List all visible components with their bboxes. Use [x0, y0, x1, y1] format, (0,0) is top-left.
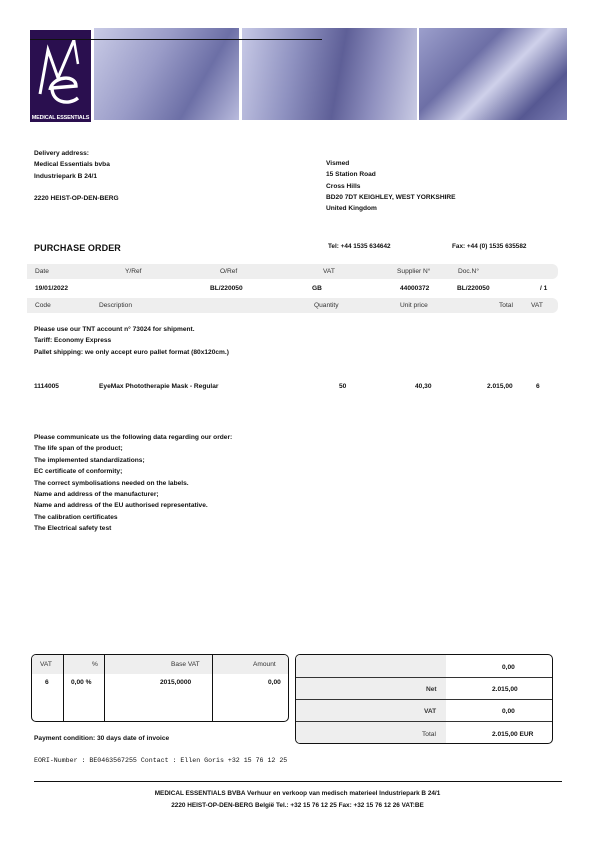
vat-col-amount: Amount — [253, 661, 276, 668]
communication-note: EC certificate of conformity; — [34, 466, 232, 477]
vendor-address-line: Vismed — [326, 158, 456, 169]
document-title: PURCHASE ORDER — [34, 243, 121, 253]
col-quantity: Quantity — [314, 302, 339, 309]
delivery-address-label: Delivery address: — [34, 148, 119, 159]
shipping-notes: Please use our TNT account n° 73024 for … — [34, 324, 229, 358]
vendor-address-line: Cross Hills — [326, 181, 456, 192]
col-total: Total — [499, 302, 513, 309]
net-value: 2.015,00 — [492, 686, 518, 693]
logo-text: MEDICAL ESSENTIALS — [30, 115, 91, 121]
communication-note: The implemented standardizations; — [34, 455, 232, 466]
delivery-address-line: 2220 HEIST-OP-DEN-BERG — [34, 193, 119, 204]
column-divider — [212, 655, 213, 721]
header-table-row: 19/01/2022 BL/220050 GB 44000372 BL/2200… — [27, 285, 558, 295]
delivery-address: Delivery address: Medical Essentials bvb… — [34, 148, 119, 204]
communication-note: Name and address of the manufacturer; — [34, 489, 232, 500]
vat-col-vat: VAT — [40, 661, 52, 668]
col-date: Date — [35, 268, 49, 275]
vendor-address-line: 15 Station Road — [326, 169, 456, 180]
col-line-vat: VAT — [531, 302, 543, 309]
shipping-note: Please use our TNT account n° 73024 for … — [34, 324, 229, 335]
vendor-address: Vismed 15 Station Road Cross Hills BD20 … — [326, 158, 456, 214]
eori-contact-line: EORI-Number : BE0463567255 Contact : Ell… — [34, 757, 287, 764]
vat-total-value: 0,00 — [502, 708, 515, 715]
col-description: Description — [99, 302, 132, 309]
communication-note: Name and address of the EU authorised re… — [34, 500, 232, 511]
communication-notes: Please communicate us the following data… — [34, 432, 232, 535]
col-vat: VAT — [323, 268, 335, 275]
item-unit-price: 40,30 — [415, 383, 432, 390]
supplier-number: 44000372 — [400, 285, 429, 292]
item-total: 2.015,00 — [487, 383, 513, 390]
shipping-note: Tariff: Economy Express — [34, 335, 229, 346]
vat-row-percent: 0,00 % — [71, 679, 92, 686]
item-code: 1114005 — [34, 383, 59, 390]
total-label: Total — [422, 731, 436, 738]
header-table-head: Date Y/Ref O/Ref VAT Supplier N° Doc.N° — [27, 264, 558, 279]
banner-photo-mother-baby — [94, 28, 239, 120]
column-divider — [104, 655, 105, 721]
item-quantity: 50 — [339, 383, 346, 390]
communication-note: The correct symbolisations needed on the… — [34, 478, 232, 489]
vat-col-percent: % — [92, 661, 98, 668]
col-unit-price: Unit price — [400, 302, 428, 309]
col-supplier-no: Supplier N° — [397, 268, 430, 275]
totals-first-value: 0,00 — [502, 664, 515, 671]
vat-summary-head — [32, 655, 288, 674]
vat-summary-table: VAT % Base VAT Amount 6 0,00 % 2015,0000… — [31, 654, 289, 722]
delivery-address-line: Industriepark B 24/1 — [34, 171, 119, 182]
footer-company-line: MEDICAL ESSENTIALS BVBA Verhuur en verko… — [0, 790, 595, 797]
item-vat: 6 — [536, 383, 540, 390]
delivery-address-line: Medical Essentials bvba — [34, 159, 119, 170]
column-divider — [63, 655, 64, 721]
banner-photo-woman-baby — [242, 28, 417, 120]
vendor-address-line: BD20 7DT KEIGHLEY, WEST YORKSHIRE — [326, 192, 456, 203]
row-divider — [296, 699, 552, 700]
order-date: 19/01/2022 — [35, 285, 68, 292]
me-monogram-icon — [34, 34, 87, 110]
footer-contact-line: 2220 HEIST-OP-DEN-BERG België Tel.: +32 … — [0, 802, 595, 809]
page-count: / 1 — [540, 285, 547, 292]
totals-table: 0,00 Net 2.015,00 VAT 0,00 Total 2.015,0… — [295, 654, 553, 744]
vendor-address-line: United Kingdom — [326, 203, 456, 214]
order-o-ref: BL/220050 — [210, 285, 243, 292]
company-logo: MEDICAL ESSENTIALS — [30, 30, 91, 122]
footer-rule — [34, 781, 562, 782]
vat-total-label: VAT — [424, 708, 436, 715]
vendor-tel: Tel: +44 1535 634642 — [328, 243, 391, 250]
net-label: Net — [426, 686, 437, 693]
document-number: BL/220050 — [457, 285, 490, 292]
payment-condition: Payment condition: 30 days date of invoi… — [34, 735, 169, 742]
communication-note: Please communicate us the following data… — [34, 432, 232, 443]
row-divider — [296, 677, 552, 678]
shipping-note: Pallet shipping: we only accept euro pal… — [34, 347, 229, 358]
communication-note: The life span of the product; — [34, 443, 232, 454]
col-code: Code — [35, 302, 51, 309]
row-divider — [296, 721, 552, 722]
table-row: 1114005 EyeMax Phototherapie Mask - Regu… — [0, 383, 595, 393]
vat-row-code: 6 — [45, 679, 49, 686]
communication-note: The Electrical safety test — [34, 523, 232, 534]
col-y-ref: Y/Ref — [125, 268, 142, 275]
communication-note: The calibration certificates — [34, 512, 232, 523]
order-vat: GB — [312, 285, 322, 292]
header-rule — [30, 39, 322, 40]
total-value: 2.015,00 EUR — [492, 731, 533, 738]
delivery-address-line — [34, 182, 119, 193]
item-description: EyeMax Phototherapie Mask - Regular — [99, 383, 218, 390]
col-doc-no: Doc.N° — [458, 268, 479, 275]
col-o-ref: O/Ref — [220, 268, 237, 275]
banner-photo-surgeon — [419, 28, 567, 120]
line-table-head: Code Description Quantity Unit price Tot… — [27, 298, 558, 313]
vat-row-amount: 0,00 — [268, 679, 281, 686]
vat-row-base: 2015,0000 — [160, 679, 191, 686]
vendor-fax: Fax: +44 (0) 1535 635582 — [452, 243, 526, 250]
vat-col-base: Base VAT — [171, 661, 200, 668]
